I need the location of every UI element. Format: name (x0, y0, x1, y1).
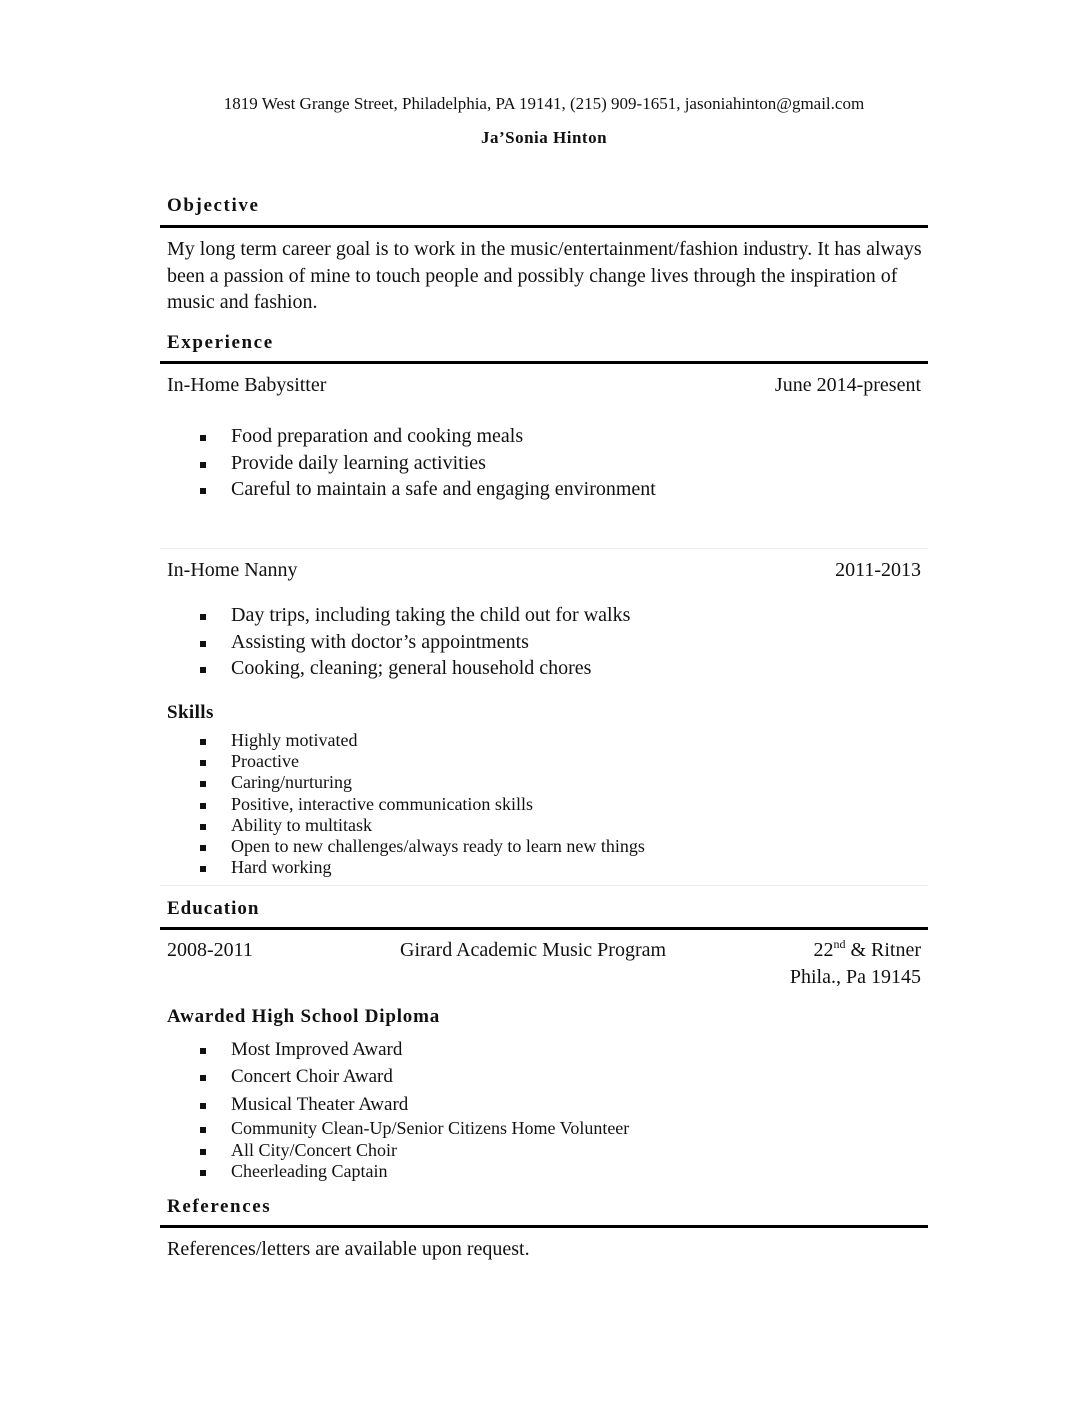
list-item: All City/Concert Choir (200, 1140, 629, 1162)
address-suffix: nd (833, 937, 845, 951)
list-item: Open to new challenges/always ready to l… (200, 836, 645, 857)
list-item: Most Improved Award (200, 1036, 629, 1063)
job-duties-list: Food preparation and cooking meals Provi… (200, 423, 656, 503)
list-item: Proactive (200, 751, 645, 772)
list-item: Assisting with doctor’s appointments (200, 629, 630, 656)
list-item: Careful to maintain a safe and engaging … (200, 476, 656, 503)
list-item: Community Clean-Up/Senior Citizens Home … (200, 1118, 629, 1140)
address-number: 22 (813, 939, 833, 961)
address-street: & Ritner (845, 939, 921, 961)
section-title-skills: Skills (167, 702, 214, 724)
list-item: Food preparation and cooking meals (200, 423, 656, 450)
list-item: Hard working (200, 857, 645, 878)
school-name: Girard Academic Music Program (400, 939, 666, 962)
section-title-objective: Objective (167, 195, 259, 217)
job-dates: 2011-2013 (835, 559, 921, 582)
education-years: 2008-2011 (167, 939, 253, 962)
contact-info: 1819 West Grange Street, Philadelphia, P… (0, 94, 1088, 114)
section-title-references: References (167, 1196, 271, 1218)
list-item: Ability to multitask (200, 815, 645, 836)
section-title-experience: Experience (167, 332, 274, 354)
job-dates: June 2014-present (775, 374, 921, 397)
divider (160, 885, 928, 886)
list-item: Day trips, including taking the child ou… (200, 602, 630, 629)
list-item: Musical Theater Award (200, 1091, 629, 1118)
list-item: Caring/nurturing (200, 772, 645, 793)
list-item: Highly motivated (200, 730, 645, 751)
section-title-education: Education (167, 898, 259, 920)
list-item: Provide daily learning activities (200, 450, 656, 477)
section-rule (160, 927, 928, 930)
job-role: In-Home Nanny (167, 559, 298, 582)
school-address-line2: Phila., Pa 19145 (790, 966, 921, 989)
list-item: Positive, interactive communication skil… (200, 794, 645, 815)
list-item: Cheerleading Captain (200, 1161, 629, 1183)
section-rule (160, 225, 928, 228)
section-rule (160, 1225, 928, 1228)
section-rule (160, 361, 928, 364)
divider (160, 548, 928, 549)
skills-list: Highly motivated Proactive Caring/nurtur… (200, 730, 645, 878)
job-duties-list: Day trips, including taking the child ou… (200, 602, 630, 682)
awards-list: Most Improved Award Concert Choir Award … (200, 1036, 629, 1183)
list-item: Cooking, cleaning; general household cho… (200, 655, 630, 682)
list-item: Concert Choir Award (200, 1063, 629, 1090)
references-text: References/letters are available upon re… (167, 1238, 530, 1261)
candidate-name: Ja’Sonia Hinton (0, 128, 1088, 148)
job-role: In-Home Babysitter (167, 374, 326, 397)
school-address-line1: 22nd & Ritner (813, 939, 921, 962)
diploma-title: Awarded High School Diploma (167, 1006, 440, 1028)
objective-text: My long term career goal is to work in t… (167, 236, 927, 316)
